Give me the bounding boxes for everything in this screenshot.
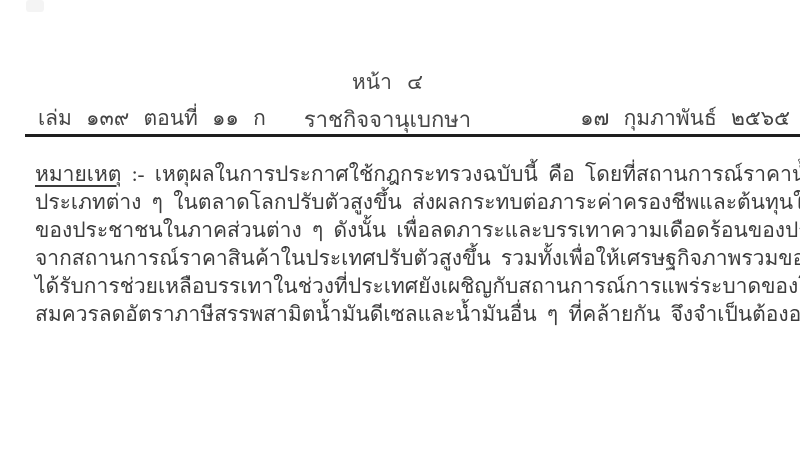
note-paragraph: หมายเหตุ :- เหตุผลในการประกาศใช้กฎกระทรว…: [35, 160, 795, 328]
note-line: จากสถานการณ์ราคาสินค้าในประเทศปรับตัวสูง…: [35, 244, 795, 272]
note-line-text: :- เหตุผลในการประกาศใช้กฎกระทรวงฉบับนี้ …: [121, 162, 800, 186]
note-line: ของประชาชนในภาคส่วนต่าง ๆ ดังนั้น เพื่อล…: [35, 216, 795, 244]
page-number-label: หน้า ๔: [0, 66, 775, 99]
note-line: ประเภทต่าง ๆ ในตลาดโลกปรับตัวสูงขึ้น ส่ง…: [35, 188, 795, 216]
note-label: หมายเหตุ: [35, 162, 121, 186]
scan-artifact: [26, 0, 44, 12]
header-divider-rule: [25, 134, 800, 137]
gazette-header-row: เล่ม ๑๓๙ ตอนที่ ๑๑ ก ราชกิจจานุเบกษา ๑๗ …: [0, 100, 800, 130]
note-line: ได้รับการช่วยเหลือบรรเทาในช่วงที่ประเทศย…: [35, 272, 795, 300]
gazette-scanned-page: หน้า ๔ เล่ม ๑๓๙ ตอนที่ ๑๑ ก ราชกิจจานุเบ…: [0, 0, 800, 458]
publish-date-label: ๑๗ กุมภาพันธ์ ๒๕๖๕: [580, 102, 790, 135]
note-line: หมายเหตุ :- เหตุผลในการประกาศใช้กฎกระทรว…: [35, 160, 795, 188]
note-line: สมควรลดอัตราภาษีสรรพสามิตน้ำมันดีเซลและน…: [35, 300, 795, 328]
